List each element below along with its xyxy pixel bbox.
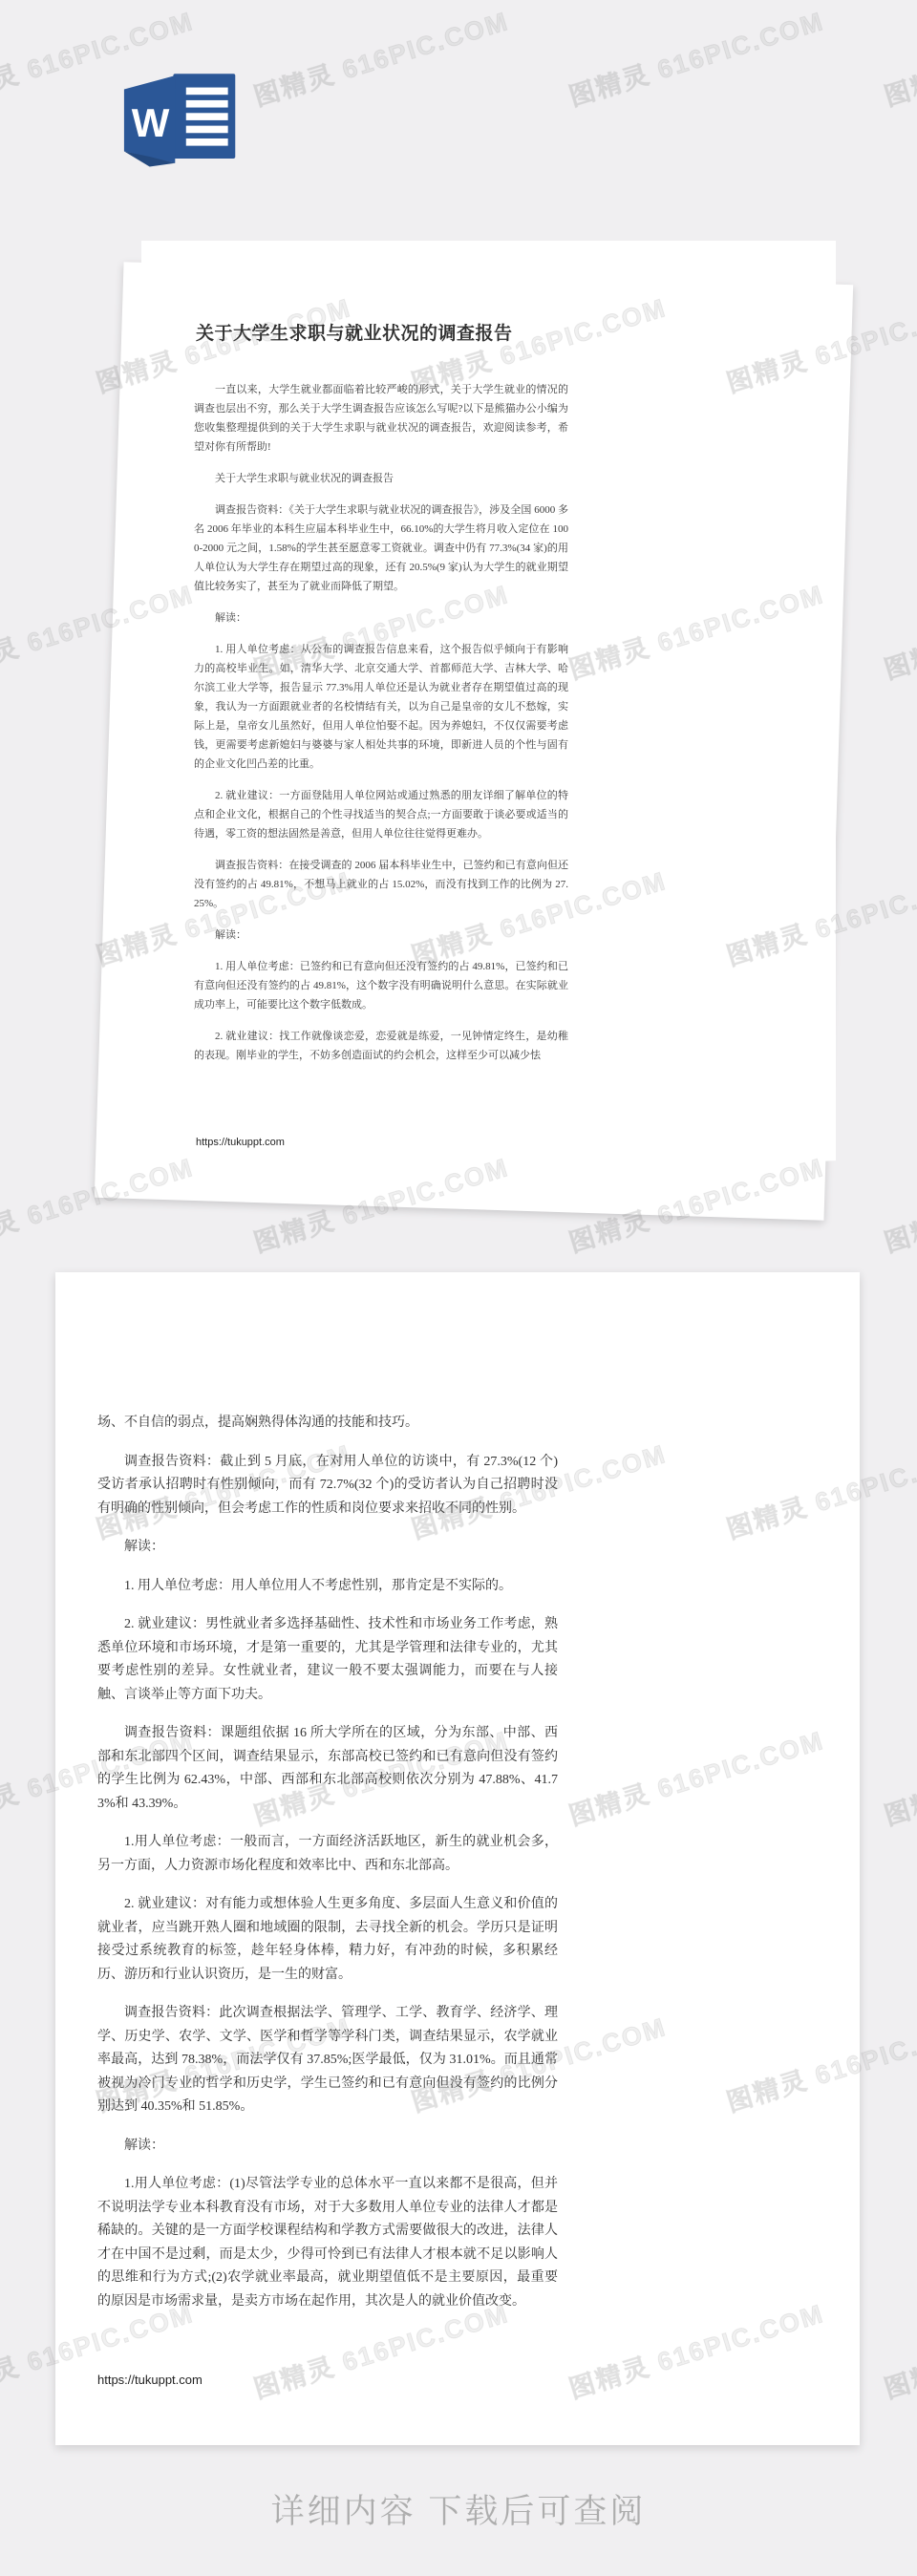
doc-paragraph: 2. 就业建议：找工作就像谈恋爱，恋爱就是练爱，一见钟情定终生，是幼稚的表现。刚… (194, 1027, 568, 1065)
doc-paragraph: 调查报告资料：在接受调查的 2006 届本科毕业生中，已签约和已有意向但还没有签… (194, 856, 568, 913)
doc-paragraph: 2. 就业建议：一方面登陆用人单位网站或通过熟悉的朋友详细了解单位的特点和企业文… (194, 786, 568, 843)
page1-content: 一直以来，大学生就业都面临着比较严峻的形式，关于大学生就业的情况的调查也层出不穷… (194, 380, 568, 1077)
doc-paragraph: 1.用人单位考虑：一般而言，一方面经济活跃地区，新生的就业机会多，另一方面，人力… (97, 1831, 558, 1878)
document-page-2: 场、不自信的弱点，提高娴熟得体沟通的技能和技巧。调查报告资料：截止到 5 月底，… (55, 1272, 860, 2445)
doc-paragraph: 调查报告资料：《关于大学生求职与就业状况的调查报告》，涉及全国 6000 多名 … (194, 500, 568, 596)
doc-paragraph: 关于大学生求职与就业状况的调查报告 (194, 469, 568, 488)
watermark-text: 图精灵 616PIC.COM (879, 2292, 917, 2405)
doc-paragraph: 一直以来，大学生就业都面临着比较严峻的形式，关于大学生就业的情况的调查也层出不穷… (194, 380, 568, 457)
doc-paragraph: 2. 就业建议：对有能力或想体验人生更多角度、多层面人生意义和价值的就业者，应当… (97, 1893, 558, 1987)
doc-paragraph: 调查报告资料：课题组依据 16 所大学所在的区域，分为东部、中部、西部和东北部四… (97, 1722, 558, 1816)
doc-paragraph: 1. 用人单位考虑：从公布的调查报告信息来看，这个报告似乎倾向于有影响力的高校毕… (194, 640, 568, 774)
document-page-1: 关于大学生求职与就业状况的调查报告 一直以来，大学生就业都面临着比较严峻的形式，… (141, 241, 836, 1192)
doc-paragraph: 1. 用人单位考虑：已签约和已有意向但还没有签约的占 49.81%，已签约和已有… (194, 957, 568, 1014)
watermark-text: 图精灵 616PIC.COM (248, 0, 512, 113)
doc-paragraph: 调查报告资料：截止到 5 月底，在对用人单位的访谈中，有 27.3%(12 个)… (97, 1451, 558, 1522)
page2-content: 场、不自信的弱点，提高娴熟得体沟通的技能和技巧。调查报告资料：截止到 5 月底，… (97, 1412, 558, 2329)
watermark-text: 图精灵 616PIC.COM (879, 0, 917, 113)
word-icon: W (122, 67, 241, 170)
doc-paragraph: 1.用人单位考虑：(1)尽管法学专业的总体水平一直以来都不是很高，但并不说明法学… (97, 2173, 558, 2313)
doc-paragraph: 解读： (194, 608, 568, 628)
watermark-text: 图精灵 616PIC.COM (879, 1146, 917, 1259)
doc-paragraph: 解读： (97, 2135, 558, 2159)
doc-paragraph: 场、不自信的弱点，提高娴熟得体沟通的技能和技巧。 (97, 1412, 558, 1436)
watermark-text: 图精灵 616PIC.COM (879, 1719, 917, 1832)
page1-footer-link: https://tukuppt.com (196, 1137, 285, 1148)
doc-paragraph: 解读： (97, 1536, 558, 1560)
doc-paragraph: 解读： (194, 926, 568, 945)
svg-text:W: W (132, 100, 170, 145)
watermark-text: 图精灵 616PIC.COM (879, 573, 917, 686)
page2-footer-link: https://tukuppt.com (97, 2373, 203, 2387)
word-icon-graphic: W (122, 67, 241, 170)
doc-paragraph: 1. 用人单位考虑：用人单位用人不考虑性别，那肯定是不实际的。 (97, 1575, 558, 1599)
doc-title: 关于大学生求职与就业状况的调查报告 (196, 319, 513, 345)
doc-paragraph: 调查报告资料：此次调查根据法学、管理学、工学、教育学、经济学、理学、历史学、农学… (97, 2002, 558, 2119)
watermark-text: 图精灵 616PIC.COM (564, 0, 827, 113)
preview-caption: 详细内容 下载后可查阅 (0, 2485, 917, 2533)
doc-paragraph: 2. 就业建议：男性就业者多选择基础性、技术性和市场业务工作考虑，熟悉单位环境和… (97, 1613, 558, 1707)
